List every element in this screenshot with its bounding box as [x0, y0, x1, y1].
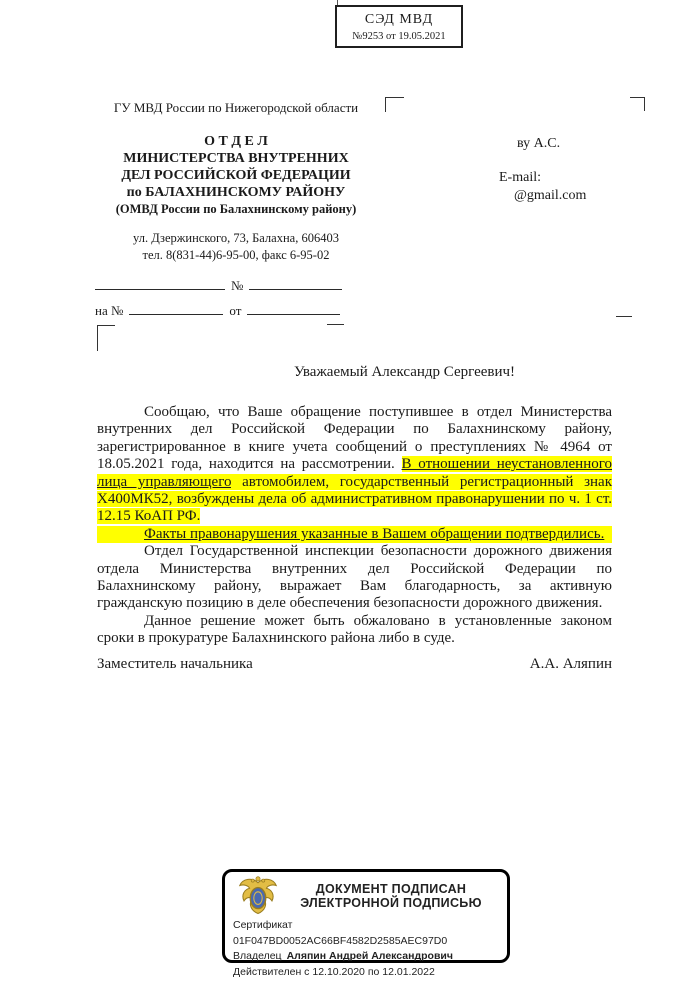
- signature-row: Заместитель начальника А.А. Аляпин: [97, 656, 612, 673]
- incoming-number-label: на №: [95, 303, 129, 319]
- incoming-number-blank: [129, 299, 223, 315]
- signer-name: А.А. Аляпин: [530, 656, 612, 673]
- esign-title-line: ДОКУМЕНТ ПОДПИСАН: [283, 882, 499, 896]
- parent-org-name: ГУ МВД России по Нижегородской области: [95, 100, 377, 116]
- esign-details: Сертификат01F047BD0052AC66BF4582D2585AEC…: [233, 918, 499, 980]
- org-address-block: ул. Дзержинского, 73, Балахна, 606403 те…: [95, 230, 377, 264]
- incoming-ref-line: на № от: [95, 299, 377, 324]
- electronic-signature-stamp: ДОКУМЕНТ ПОДПИСАН ЭЛЕКТРОННОЙ ПОДПИСЬЮ С…: [222, 869, 510, 963]
- mvd-emblem-icon: [233, 875, 283, 917]
- stamp-number-date: №9253 от 19.05.2021: [337, 31, 461, 42]
- esign-owner-line: ВладелецАляпин Андрей Александрович: [233, 949, 499, 965]
- signer-title: Заместитель начальника: [97, 656, 253, 673]
- org-name-line: МИНИСТЕРСТВА ВНУТРЕННИХ: [95, 150, 377, 167]
- fold-dash-mark: [327, 324, 344, 325]
- incoming-date-blank: [247, 299, 340, 315]
- salutation: Уважаемый Александр Сергеевич!: [97, 364, 612, 381]
- addressee-zone-corner-top-left: [385, 97, 404, 112]
- letterhead: ГУ МВД России по Нижегородской области О…: [95, 100, 377, 324]
- esign-validity-line: Действителен с 12.10.2020 по 12.01.2022: [233, 965, 499, 981]
- esign-certificate-line: Сертификат01F047BD0052AC66BF4582D2585AEC…: [233, 918, 499, 949]
- addressee-email: @gmail.com: [514, 188, 586, 204]
- org-name-line: по БАЛАХНИНСКОМУ РАЙОНУ: [95, 184, 377, 201]
- esign-title-line: ЭЛЕКТРОННОЙ ПОДПИСЬЮ: [283, 896, 499, 910]
- paragraph-3: Отдел Государственной инспекции безопасн…: [97, 543, 612, 613]
- outgoing-number-blank: [249, 274, 342, 290]
- addressee-zone-corner-top-right: [630, 97, 645, 111]
- incoming-date-label: от: [223, 303, 247, 319]
- paragraph-2-highlighted: Факты правонарушения указанные в Вашем о…: [97, 526, 612, 543]
- stamp-system-name: СЭД МВД: [337, 12, 461, 28]
- highlighted-underlined-text: Факты правонарушения указанные в Вашем о…: [144, 526, 604, 542]
- org-name-line: О Т Д Е Л: [95, 133, 377, 150]
- org-phone: тел. 8(831-44)6-95-00, факс 6-95-02: [95, 247, 377, 264]
- org-short-name: (ОМВД России по Балахнинскому району): [95, 201, 377, 217]
- letterhead-corner-mark: [97, 325, 115, 351]
- owner-name: Аляпин Андрей Александрович: [287, 950, 453, 962]
- outgoing-ref-line: №: [95, 274, 377, 299]
- addressee-email-label: E-mail:: [499, 170, 541, 186]
- document-page: СЭД МВД №9253 от 19.05.2021 ГУ МВД Росси…: [0, 0, 700, 994]
- owner-label: Владелец: [233, 950, 282, 962]
- outgoing-number-label: №: [225, 278, 249, 294]
- certificate-label: Сертификат: [233, 919, 292, 931]
- org-name: О Т Д Е Л МИНИСТЕРСТВА ВНУТРЕННИХ ДЕЛ РО…: [95, 133, 377, 217]
- org-address: ул. Дзержинского, 73, Балахна, 606403: [95, 230, 377, 247]
- addressee-name: ву А.С.: [517, 136, 560, 152]
- certificate-value: 01F047BD0052AC66BF4582D2585AEC97D0: [233, 935, 447, 947]
- esign-title: ДОКУМЕНТ ПОДПИСАН ЭЛЕКТРОННОЙ ПОДПИСЬЮ: [283, 882, 499, 910]
- esign-header: ДОКУМЕНТ ПОДПИСАН ЭЛЕКТРОННОЙ ПОДПИСЬЮ: [233, 875, 499, 917]
- outgoing-date-blank: [95, 274, 225, 290]
- addressee-zone-dash-right: [616, 316, 632, 317]
- paragraph-1: Сообщаю, что Ваше обращение поступившее …: [97, 404, 612, 526]
- org-name-line: ДЕЛ РОССИЙСКОЙ ФЕДЕРАЦИИ: [95, 167, 377, 184]
- letter-body: Сообщаю, что Ваше обращение поступившее …: [97, 404, 612, 648]
- sed-mvd-registration-stamp: СЭД МВД №9253 от 19.05.2021: [335, 5, 463, 48]
- paragraph-4: Данное решение может быть обжаловано в у…: [97, 613, 612, 648]
